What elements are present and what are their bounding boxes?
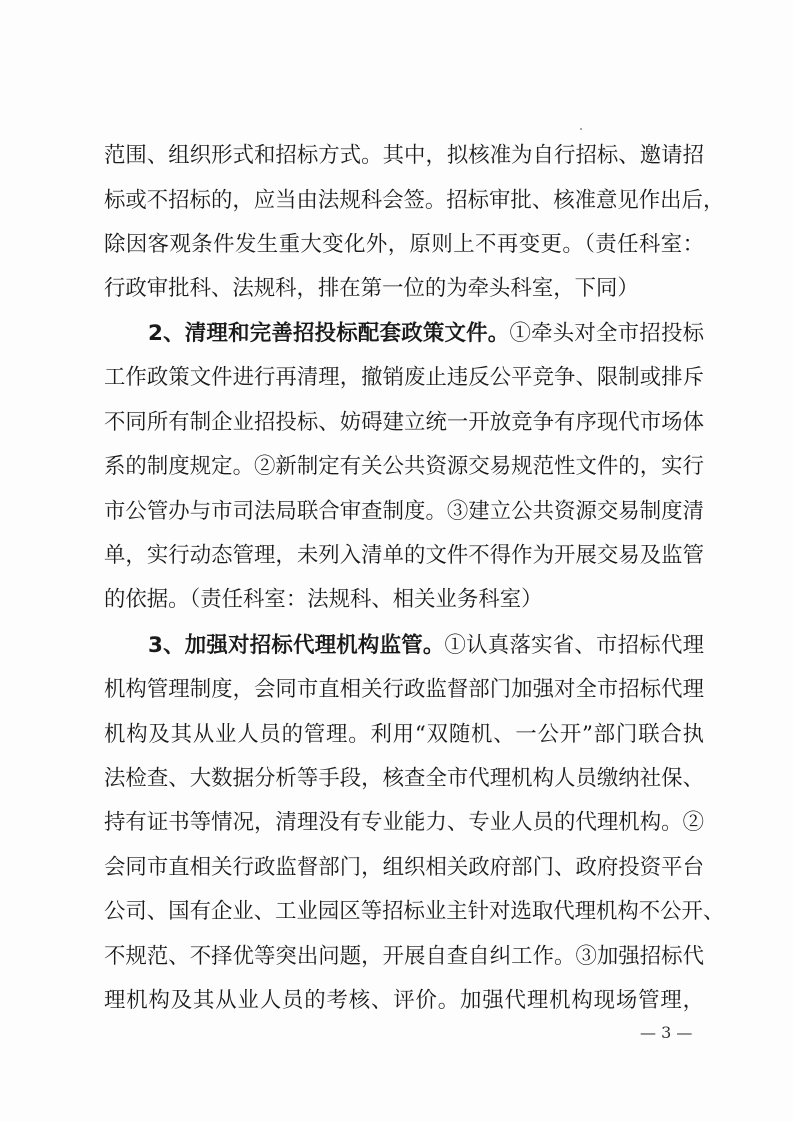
text-line: 机构及其从业人员的管理。利用“双随机、一公开”部门联合执 — [104, 720, 704, 750]
text-line: 除因客观条件发生重大变化外，原则上不再变更。（责任科室： — [104, 230, 704, 260]
document-page: 范围、组织形式和招标方式。其中，拟核准为自行招标、邀请招 标或不招标的，应当由法… — [0, 0, 793, 1121]
text-line: 标或不招标的，应当由法规科会签。招标审批、核准意见作出后， — [104, 186, 704, 216]
text-line: 持有证书等情况，清理没有专业能力、专业人员的代理机构。② — [104, 808, 704, 838]
text-line: 法检查、大数据分析等手段，核查全市代理机构人员缴纳社保、 — [104, 764, 704, 794]
text-line: 范围、组织形式和招标方式。其中，拟核准为自行招标、邀请招 — [104, 141, 704, 171]
text-line: 市公管办与市司法局联合审查制度。③建立公共资源交易制度清 — [104, 497, 704, 527]
item-2-text: ①牵头对全市招投标 — [509, 321, 704, 346]
text-line: 理机构及其从业人员的考核、评价。加强代理机构现场管理， — [104, 986, 704, 1016]
item-3-text: ①认真落实省、市招标代理 — [445, 633, 704, 658]
text-line: 系的制度规定。②新制定有关公共资源交易规范性文件的，实行 — [104, 452, 704, 482]
text-line: 单，实行动态管理，未列入清单的文件不得作为开展交易及监管 — [104, 541, 704, 571]
scan-speck — [580, 128, 582, 130]
item-2-heading-line: 2、清理和完善招投标配套政策文件。①牵头对全市招投标 — [148, 319, 704, 349]
text-line: 公司、国有企业、工业园区等招标业主针对选取代理机构不公开、 — [104, 897, 704, 927]
item-2-heading: 2、清理和完善招投标配套政策文件。 — [148, 321, 509, 346]
item-3-heading-line: 3、加强对招标代理机构监管。①认真落实省、市招标代理 — [148, 631, 704, 661]
text-line: 的依据。（责任科室：法规科、相关业务科室） — [104, 585, 704, 615]
item-3-heading: 3、加强对招标代理机构监管。 — [148, 633, 445, 658]
text-line: 工作政策文件进行再清理，撤销废止违反公平竞争、限制或排斥 — [104, 363, 704, 393]
text-line: 不同所有制企业招投标、妨碍建立统一开放竞争有序现代市场体 — [104, 408, 704, 438]
text-line: 机构管理制度，会同市直相关行政监督部门加强对全市招标代理 — [104, 675, 704, 705]
text-line: 不规范、不择优等突出问题，开展自查自纠工作。③加强招标代 — [104, 942, 704, 972]
text-line: 行政审批科、法规科，排在第一位的为牵头科室，下同） — [104, 274, 704, 304]
text-line: 会同市直相关行政监督部门，组织相关政府部门、政府投资平台 — [104, 853, 704, 883]
page-number: — 3 — — [640, 1023, 720, 1043]
